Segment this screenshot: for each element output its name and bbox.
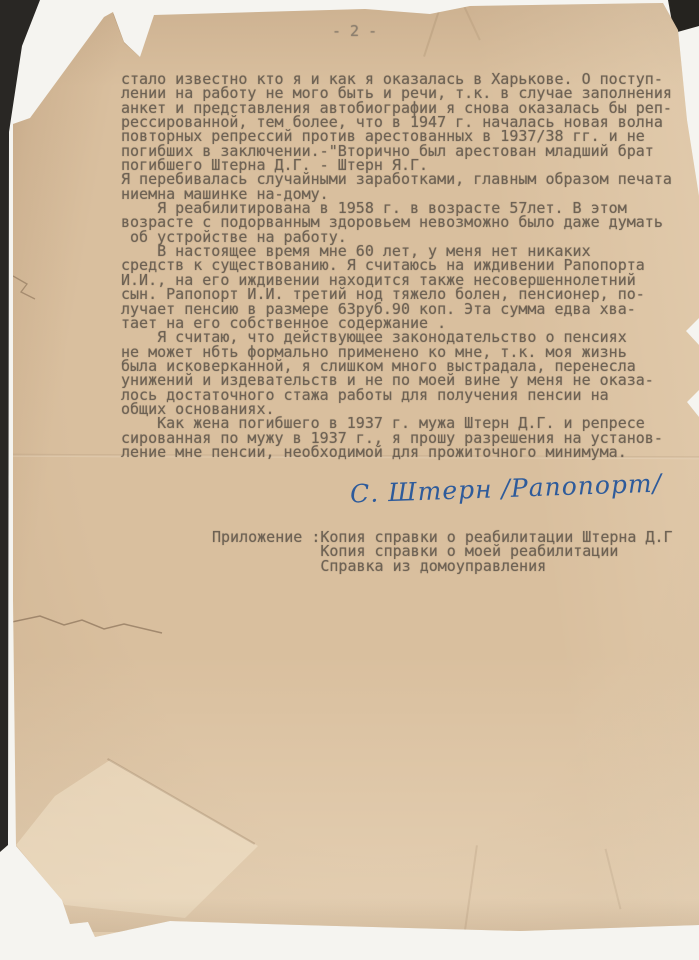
page-number: - 2 - (332, 24, 377, 38)
handwritten-signature: С. Штерн /Рапопорт/ (350, 469, 663, 509)
left-edge-crack (13, 272, 53, 302)
scanned-document-screenshot: - 2 - стало известно кто я и как я оказа… (0, 0, 699, 960)
left-edge-crack (12, 610, 172, 636)
top-crease (423, 1, 443, 57)
attachment-list: Приложение :Копия справки о реабилитации… (212, 530, 673, 573)
bottom-edge-shading (0, 898, 699, 932)
paper-sheet: - 2 - стало известно кто я и как я оказа… (0, 0, 699, 960)
top-crease (461, 2, 481, 41)
letter-body-text: стало известно кто я и как я оказалась в… (121, 72, 672, 459)
top-edge-tear-shadow (113, 12, 155, 58)
